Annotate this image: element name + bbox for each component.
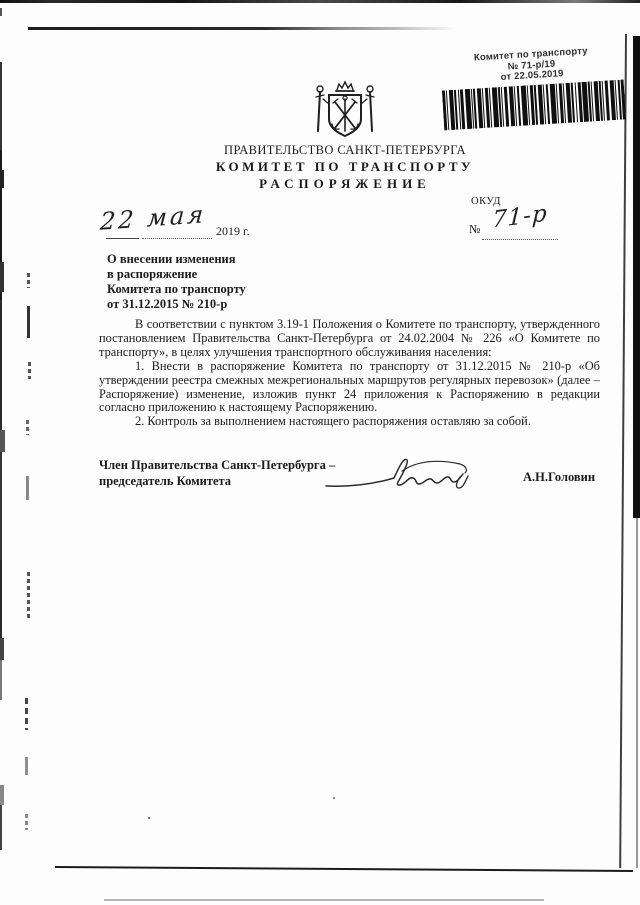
- scan-artifact-margin-dash: [28, 362, 31, 379]
- date-underline: [106, 238, 139, 239]
- scan-artifact-left-edge: [0, 300, 2, 430]
- scan-artifact-top-streak: [28, 27, 458, 30]
- scan-artifact-paper-right-edge: [619, 34, 627, 868]
- signature-position-line-2: председатель Комитета: [99, 474, 335, 490]
- scan-artifact-left-edge: [0, 660, 2, 700]
- barcode-icon: [437, 79, 631, 136]
- document-title: О внесении изменения в распоряжение Коми…: [107, 252, 246, 312]
- scan-artifact-left-blob: [0, 638, 4, 660]
- scanned-document-page: Комитет по транспорту № 71-р/19 от 22.05…: [0, 0, 640, 905]
- scan-artifact-margin-dash: [25, 757, 28, 775]
- scan-artifact-margin-dash: [25, 814, 28, 830]
- body-paragraph-2: 1. Внести в распоряжение Комитета по тра…: [99, 360, 600, 416]
- scan-artifact-top-edge: [0, 0, 640, 3]
- scan-artifact-speck: [333, 797, 335, 799]
- scan-artifact-left-edge: [0, 805, 2, 850]
- number-handwritten: 71-р: [492, 200, 549, 233]
- scan-artifact-right-strip-faint: [636, 518, 638, 868]
- scan-artifact-left-blob: [0, 262, 4, 292]
- date-year-suffix: 2019 г.: [216, 224, 250, 239]
- scan-artifact-left-edge: [0, 62, 2, 150]
- header-committee: КОМИТЕТ ПО ТРАНСПОРТУ: [145, 159, 545, 175]
- okud-label: ОКУД: [471, 196, 501, 207]
- scan-artifact-margin-dash: [26, 420, 29, 435]
- scan-artifact-speck: [148, 817, 150, 819]
- body-paragraph-3: 2. Контроль за выполнением настоящего ра…: [99, 415, 600, 429]
- letterhead: ПРАВИТЕЛЬСТВО САНКТ-ПЕТЕРБУРГА КОМИТЕТ П…: [145, 143, 545, 192]
- scan-artifact-left-blob: [0, 430, 5, 452]
- signature-name: А.Н.Головин: [523, 470, 595, 485]
- scan-artifact-paper-bottom-edge: [55, 866, 633, 872]
- title-line-1: О внесении изменения: [107, 252, 246, 267]
- date-underline-dotted: [142, 238, 212, 239]
- coat-of-arms-icon: [307, 79, 383, 148]
- date-handwritten: 22 мая: [99, 200, 207, 236]
- title-line-2: в распоряжение: [107, 267, 246, 282]
- scan-artifact-right-strip: [633, 36, 640, 518]
- scan-artifact-margin-dash: [27, 306, 30, 338]
- scan-artifact-margin-dash: [26, 476, 29, 500]
- scan-artifact-left-edge: [0, 452, 2, 560]
- scan-artifact-margin-dash: [27, 572, 30, 620]
- handwritten-signature-icon: [322, 447, 472, 498]
- title-line-4: от 31.12.2015 № 210-р: [107, 297, 246, 312]
- number-label: №: [469, 222, 480, 237]
- number-underline-dotted: [482, 239, 558, 240]
- registration-stamp: Комитет по транспорту № 71-р/19 от 22.05…: [435, 44, 631, 135]
- title-line-3: Комитета по транспорту: [107, 282, 246, 297]
- header-government: ПРАВИТЕЛЬСТВО САНКТ-ПЕТЕРБУРГА: [145, 143, 545, 158]
- body-paragraph-1: В соответствии с пунктом 3.19-1 Положени…: [99, 318, 600, 360]
- scan-artifact-bottom-faint-line: [104, 899, 544, 901]
- document-body: В соответствии с пунктом 3.19-1 Положени…: [99, 318, 600, 429]
- scan-artifact-left-blob: [0, 170, 4, 188]
- scan-artifact-left-blob: [0, 785, 4, 805]
- signature-position-line-1: Член Правительства Санкт-Петербурга –: [99, 458, 335, 474]
- scan-artifact-margin-dash: [27, 273, 30, 288]
- header-doc-type: РАСПОРЯЖЕНИЕ: [145, 176, 545, 192]
- scan-artifact-left-mark: [0, 8, 2, 16]
- signature-position-title: Член Правительства Санкт-Петербурга – пр…: [99, 458, 335, 489]
- scan-artifact-margin-dash: [25, 698, 28, 730]
